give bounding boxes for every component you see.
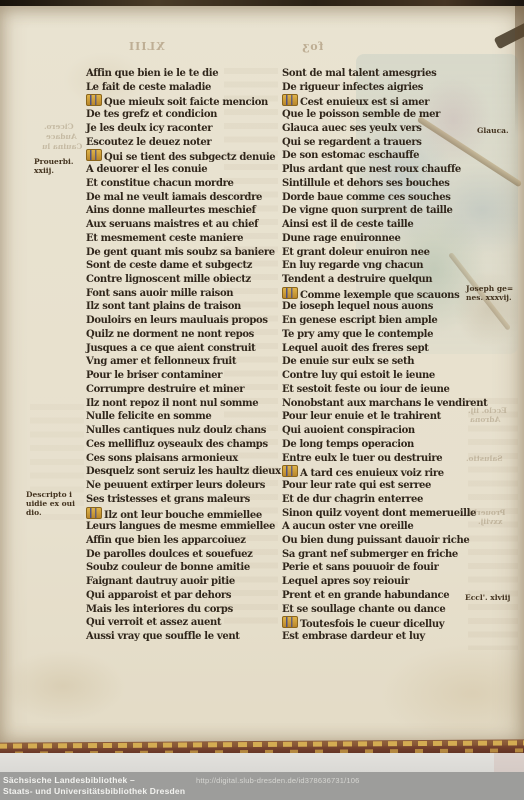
verse-line: Sintillule et dehors ses bouches — [282, 177, 478, 191]
verse-line: A aucun oster vne oreille — [282, 520, 478, 534]
verse-line: Et grant doleur enuiron nee — [282, 246, 478, 260]
verse-line: Lequel apres soy reiouir — [282, 575, 478, 589]
verse-line: Leurs langues de mesme emmiellee — [86, 520, 282, 534]
verse-line: Quilz ne dorment ne nont repos — [86, 328, 282, 342]
verse-line: Nonobstant aux marchans le vendirent — [282, 397, 478, 411]
verse-line: Douloirs en leurs mauluais propos — [86, 314, 282, 328]
verse-line: Le fait de ceste maladie — [86, 81, 282, 95]
verse-line: Dune rage enuironnee — [282, 232, 478, 246]
lombard-initial-icon — [86, 149, 102, 161]
verse-line: Pour leur enuie et le trahirent — [282, 410, 478, 424]
verse-line: Et se soullage chante ou dance — [282, 603, 478, 617]
verse-line: Comme lexemple que scauons — [282, 287, 478, 301]
verse-line: Aussi vray que souffle le vent — [86, 630, 282, 644]
showthrough-text: Ecclo. iij. — [468, 406, 507, 415]
margin-note: Joseph ge= nes. xxxvij. — [466, 284, 513, 302]
folio-header-showthrough-right: foʒ — [302, 40, 323, 53]
manuscript-page: XLIII foʒ Affin que bien ie le te dieLe … — [0, 6, 524, 745]
verse-line: Glauca auec ses yeulx vers — [282, 122, 478, 136]
verse-line: Que mieulx soit faicte mencion — [86, 94, 282, 108]
showthrough-text: Adrona — [470, 415, 500, 424]
verse-line: Sa grant nef submerger en friche — [282, 548, 478, 562]
verse-line: Que le poisson semble de mer — [282, 108, 478, 122]
verse-line: De vigne quon surprent de taille — [282, 204, 478, 218]
verse-line: De rigueur infectes aigries — [282, 81, 478, 95]
verse-line: Ne peuuent extirper leurs doleurs — [86, 479, 282, 493]
verse-line: Qui auoient conspiracion — [282, 424, 478, 438]
showthrough-text: xxviij. — [478, 517, 502, 526]
verse-line: A tard ces enuieux voiz rire — [282, 465, 478, 479]
folio-number-ghost: XLIII — [128, 40, 165, 53]
verse-line: Mais les interiores du corps — [86, 603, 282, 617]
text-column-left: Affin que bien ie le te dieLe fait de ce… — [86, 67, 282, 644]
verse-line: Jusques a ce que aient construit — [86, 342, 282, 356]
verse-line: Perie et sans pouuoir de fouir — [282, 561, 478, 575]
verse-line: De mal ne veult iamais descordre — [86, 191, 282, 205]
verse-line: A deuorer el les conuie — [86, 163, 282, 177]
verse-line: Ainsi est il de ceste taille — [282, 218, 478, 232]
verse-line: Et sestoit feste ou iour de ieune — [282, 383, 478, 397]
verse-line: Soubz couleur de bonne amitie — [86, 561, 282, 575]
margin-note: Glauca. — [477, 126, 509, 135]
verse-line: Ilz sont tant plains de traison — [86, 300, 282, 314]
verse-line: En luy regarde vng chacun — [282, 259, 478, 273]
lombard-initial-icon — [282, 94, 298, 106]
verse-line: Entre eulx le tuer ou destruire — [282, 452, 478, 466]
showthrough-text: Cauina lu — [42, 142, 82, 151]
library-name-line2: Staats- und Universitätsbibliothek Dresd… — [3, 786, 185, 797]
lombard-initial-icon — [86, 507, 102, 519]
verse-line: Plus ardant que nest roux chauffe — [282, 163, 478, 177]
library-attribution: Sächsische Landesbibliothek – Staats- un… — [3, 775, 185, 796]
library-name-line1: Sächsische Landesbibliothek – — [3, 775, 185, 786]
verse-line: Sinon quilz voyent dont memerueille — [282, 507, 478, 521]
verse-line: Contre lignoscent mille obiectz — [86, 273, 282, 287]
verse-line: De enuie sur eulx se seth — [282, 355, 478, 369]
verse-line: Ces sons plaisans armonieux — [86, 452, 282, 466]
scan-viewport: XLIII foʒ Affin que bien ie le te dieLe … — [0, 0, 524, 800]
scan-url: http://digital.slub-dresden.de/id3786367… — [196, 776, 360, 785]
verse-line: Ses tristesses et grans maleurs — [86, 493, 282, 507]
caption-bar: Sächsische Landesbibliothek – Staats- un… — [0, 772, 524, 800]
folio-word-ghost: foʒ — [302, 40, 323, 53]
lombard-initial-icon — [282, 616, 298, 628]
verse-line: Pour le briser contaminer — [86, 369, 282, 383]
verse-line: Tendent a destruire quelqun — [282, 273, 478, 287]
lombard-initial-icon — [282, 465, 298, 477]
verse-line: Dorde baue comme ces souches — [282, 191, 478, 205]
verse-line: Cest enuieux est si amer — [282, 94, 478, 108]
verse-line: Nulle felicite en somme — [86, 410, 282, 424]
verse-line: Qui apparoist et par dehors — [86, 589, 282, 603]
verse-line: Te pry amy que le contemple — [282, 328, 478, 342]
verse-line: Lequel auoit des freres sept — [282, 342, 478, 356]
verse-line: Qui se regardent a trauers — [282, 136, 478, 150]
lombard-initial-icon — [86, 94, 102, 106]
verse-line: Ains donne malleurtes meschief — [86, 204, 282, 218]
verse-line: Et de dur chagrin enterree — [282, 493, 478, 507]
margin-note: Eccl'. xlviij — [465, 593, 510, 602]
verse-line: Toutesfois le cueur dicelluy — [282, 616, 478, 630]
verse-line: De tes grefz et condicion — [86, 108, 282, 122]
verse-line: De parolles doulces et souefuez — [86, 548, 282, 562]
verse-line: En genese escript bien ample — [282, 314, 478, 328]
margin-note: Prouerbi. xxiij. — [34, 157, 73, 175]
verse-line: Contre luy qui estoit le ieune — [282, 369, 478, 383]
verse-line: Faignant dautruy auoir pitie — [86, 575, 282, 589]
showthrough-text: Cicero. — [44, 122, 74, 131]
verse-line: Prent et en grande habundance — [282, 589, 478, 603]
verse-line: Vng amer et fellonneux fruit — [86, 355, 282, 369]
verse-line: Aux seruans maistres et au chief — [86, 218, 282, 232]
verse-line: Affin que bien les apparcoiuez — [86, 534, 282, 548]
scan-backdrop — [0, 753, 524, 774]
verse-line: Affin que bien ie le te die — [86, 67, 282, 81]
folio-header-showthrough-left: XLIII — [128, 40, 165, 53]
verse-line: De son estomac eschauffe — [282, 149, 478, 163]
verse-line: De gent quant mis soubz sa baniere — [86, 246, 282, 260]
verse-line: Et mesmement ceste maniere — [86, 232, 282, 246]
verse-line: Est embrase dardeur et luy — [282, 630, 478, 644]
verse-line: De long temps operacion — [282, 438, 478, 452]
lombard-initial-icon — [282, 287, 298, 299]
showthrough-text: Audace — [46, 132, 77, 141]
verse-line: Pour leur rate qui est serree — [282, 479, 478, 493]
verse-line: De ioseph lequel nous auons — [282, 300, 478, 314]
verse-line: Qui se tient des subgectz denuie — [86, 149, 282, 163]
verse-line: Font sans auoir mille raison — [86, 287, 282, 301]
verse-line: Ilz nont repoz il nont nul somme — [86, 397, 282, 411]
verse-line: Ilz ont leur bouche emmiellee — [86, 507, 282, 521]
verse-line: Nulles cantiques nulz doulz chans — [86, 424, 282, 438]
verse-line: Sont de ceste dame et subgectz — [86, 259, 282, 273]
showthrough-text: Salustio. — [466, 454, 503, 463]
verse-line: Ou bien dung puissant dauoir riche — [282, 534, 478, 548]
showthrough-text: Prouerbi. — [466, 508, 505, 517]
verse-line: Ces mellifluz oyseaulx des champs — [86, 438, 282, 452]
verse-line: Qui verroit et assez auent — [86, 616, 282, 630]
verse-line: Sont de mal talent amesgries — [282, 67, 478, 81]
verse-line: Et constitue chacun mordre — [86, 177, 282, 191]
margin-note: Descripto i uidie ex oui dio. — [26, 490, 75, 517]
page-edge-shadow — [515, 6, 524, 136]
verse-line: Corrumpre destruire et miner — [86, 383, 282, 397]
verse-line: Desquelz sont seruiz les haultz dieux — [86, 465, 282, 479]
verse-line: Je les deulx icy raconter — [86, 122, 282, 136]
verse-line: Escoutez le deuez noter — [86, 136, 282, 150]
text-column-right: Sont de mal talent amesgriesDe rigueur i… — [282, 67, 478, 644]
